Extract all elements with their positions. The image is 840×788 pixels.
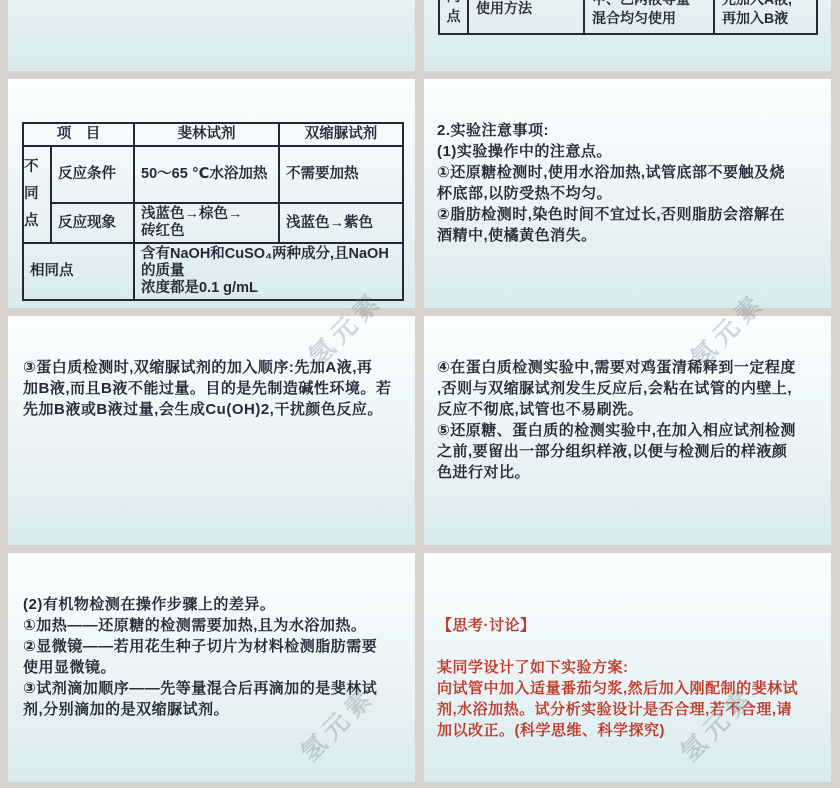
discussion-body: 某同学设计了如下实验方案: 向试管中加入适量番茄匀浆,然后加入刚配制的斐林试 剂… [437,659,798,739]
header-fehling: 斐林试剂 [134,123,279,146]
slide-paragraph-discussion: 【思考·讨论】 某同学设计了如下实验方案: 向试管中加入适量番茄匀浆,然后加入刚… [437,594,821,741]
cell-row2-biuret: 浅蓝色→紫色 [279,203,403,243]
slide-grid-preview: { "watermark": { "text": "氢元素" }, "color… [0,0,840,788]
usage-method-table: 同点 使用方法 甲、乙两液等量 混合均匀使用 先加入A液, 再加入B液 [438,0,818,35]
cell-row1-fehling: 50～65 ℃水浴加热 [134,146,279,203]
slide-paragraph-step-differences: (2)有机物检测在操作步骤上的差异。 ①加热——还原糖的检测需要加热,且为水浴加… [23,594,405,720]
cell-row2-fehling: 浅蓝色→棕色→ 砖红色 [134,203,279,243]
table-row-reaction-result: 反应现象 浅蓝色→棕色→ 砖红色 浅蓝色→紫色 [23,203,403,243]
slide-thumbnail-prev-left [8,0,415,71]
cell-same-text: 含有NaOH和CuSO₄两种成分,且NaOH的质量 浓度都是0.1 g/mL [134,243,403,300]
slide-thumbnail-comparison-table: 项 目 斐林试剂 双缩脲试剂 不同点 反应条件 50～65 ℃水浴加热 不需要加… [8,79,415,308]
slide-thumbnail-notes: 2.实验注意事项: (1)实验操作中的注意点。 ①还原糖检测时,使用水浴加热,试… [424,79,831,308]
table-cell-biuret-usage: 先加入A液, 再加入B液 [715,0,816,33]
table-cell-fehling-usage: 甲、乙两液等量 混合均匀使用 [585,0,715,33]
header-biuret: 双缩脲试剂 [279,123,403,146]
table-header-row: 项 目 斐林试剂 双缩脲试剂 [23,123,403,146]
table-cell-row-group-label: 同点 [440,0,469,33]
cell-same-label: 相同点 [23,243,134,300]
cell-row2-label: 反应现象 [51,203,134,243]
cell-diff-group-label: 不同点 [23,146,51,243]
table-cell-method-label: 使用方法 [469,0,585,33]
slide-thumbnail-step-differences: (2)有机物检测在操作步骤上的差异。 ①加热——还原糖的检测需要加热,且为水浴加… [8,553,415,782]
table-row-reaction-condition: 不同点 反应条件 50～65 ℃水浴加热 不需要加热 [23,146,403,203]
table-row-same-points: 相同点 含有NaOH和CuSO₄两种成分,且NaOH的质量 浓度都是0.1 g/… [23,243,403,300]
slide-paragraph-point4-5: ④在蛋白质检测实验中,需要对鸡蛋清稀释到一定程度 ,否则与双缩脲试剂发生反应后,… [437,357,821,483]
discussion-title: 【思考·讨论】 [437,617,536,634]
slide-thumbnail-point4-5: ④在蛋白质检测实验中,需要对鸡蛋清稀释到一定程度 ,否则与双缩脲试剂发生反应后,… [424,316,831,545]
cell-row1-biuret: 不需要加热 [279,146,403,203]
slide-paragraph-point3: ③蛋白质检测时,双缩脲试剂的加入顺序:先加A液,再 加B液,而且B液不能过量。目… [23,357,405,420]
reagent-comparison-table: 项 目 斐林试剂 双缩脲试剂 不同点 反应条件 50～65 ℃水浴加热 不需要加… [22,122,404,301]
slide-thumbnail-prev-right: 同点 使用方法 甲、乙两液等量 混合均匀使用 先加入A液, 再加入B液 [424,0,831,71]
slide-thumbnail-discussion: 【思考·讨论】 某同学设计了如下实验方案: 向试管中加入适量番茄匀浆,然后加入刚… [424,553,831,782]
slide-paragraph-notes: 2.实验注意事项: (1)实验操作中的注意点。 ①还原糖检测时,使用水浴加热,试… [437,120,821,246]
header-item: 项 目 [23,123,134,146]
cell-row1-label: 反应条件 [51,146,134,203]
slide-thumbnail-point3: ③蛋白质检测时,双缩脲试剂的加入顺序:先加A液,再 加B液,而且B液不能过量。目… [8,316,415,545]
reagent-comparison-table-wrap: 项 目 斐林试剂 双缩脲试剂 不同点 反应条件 50～65 ℃水浴加热 不需要加… [22,122,404,301]
